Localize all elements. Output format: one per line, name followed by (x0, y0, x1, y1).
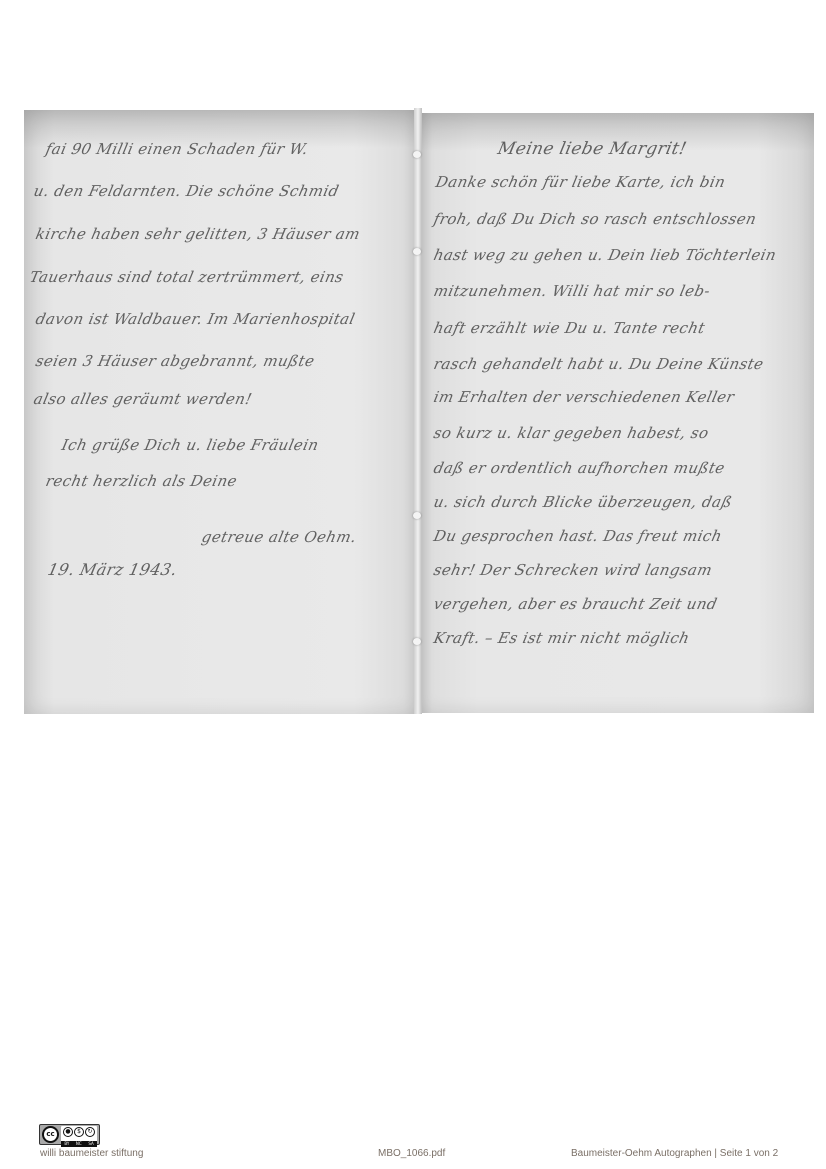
handwriting-line: im Erhalten der verschiedenen Keller (432, 388, 736, 406)
handwriting-line: kirche haben sehr gelitten, 3 Häuser am (34, 225, 362, 243)
handwriting-line: fai 90 Milli einen Schaden für W. (44, 140, 310, 158)
book-spine (414, 108, 422, 714)
handwriting-line: davon ist Waldbauer. Im Marienhospital (34, 310, 357, 328)
handwriting-line: u. den Feldarnten. Die schöne Schmid (32, 182, 341, 200)
handwriting-line: daß er ordentlich aufhorchen mußte (432, 459, 727, 477)
footer-collection-page: Baumeister-Oehm Autographen | Seite 1 vo… (571, 1148, 778, 1159)
footer-filename: MBO_1066.pdf (378, 1148, 445, 1159)
binding-stitch (413, 512, 421, 519)
letter-page-left: fai 90 Milli einen Schaden für W. u. den… (24, 110, 418, 714)
handwriting-line: froh, daß Du Dich so rasch entschlossen (432, 210, 758, 228)
handwriting-line: Du gesprochen hast. Das freut mich (432, 527, 724, 545)
handwriting-line: hast weg zu gehen u. Dein lieb Töchterle… (432, 246, 778, 264)
cc-labels: BY NC SA (61, 1141, 97, 1147)
letter-page-right: Meine liebe Margrit! Danke schön für lie… (418, 113, 814, 713)
handwriting-line: sehr! Der Schrecken wird langsam (432, 561, 714, 579)
letter-date: 19. März 1943. (46, 560, 179, 579)
handwriting-line: haft erzählt wie Du u. Tante recht (432, 319, 707, 337)
cc-conditions: ● $ ↻ BY NC SA (61, 1126, 97, 1143)
signature: getreue alte Oehm. (200, 528, 358, 546)
handwriting-line: rasch gehandelt habt u. Du Deine Künste (432, 355, 765, 373)
letter-greeting: Meine liebe Margrit! (496, 139, 689, 159)
cc-logo-icon: cc (42, 1126, 59, 1143)
handwriting-line: vergehen, aber es braucht Zeit und (432, 595, 719, 613)
binding-stitch (413, 248, 421, 255)
handwriting-line: so kurz u. klar gegeben habest, so (432, 424, 710, 442)
handwriting-line: mitzunehmen. Willi hat mir so leb- (432, 282, 712, 300)
handwriting-line: u. sich durch Blicke überzeugen, daß (432, 493, 734, 511)
attribution-icon: ● (63, 1127, 73, 1137)
handwriting-line: Danke schön für liebe Karte, ich bin (434, 173, 727, 191)
handwriting-line: Kraft. – Es ist mir nicht möglich (432, 629, 691, 647)
sharealike-icon: ↻ (85, 1127, 95, 1137)
creative-commons-by-nc-sa-icon: cc ● $ ↻ BY NC SA (39, 1124, 100, 1145)
binding-stitch (413, 151, 421, 158)
handwriting-line: also alles geräumt werden! (32, 390, 254, 408)
handwriting-line: recht herzlich als Deine (44, 472, 239, 490)
noncommercial-icon: $ (74, 1127, 84, 1137)
handwriting-line: seien 3 Häuser abgebrannt, mußte (34, 352, 316, 370)
letter-scan: fai 90 Milli einen Schaden für W. u. den… (24, 108, 814, 714)
handwriting-line: Tauerhaus sind total zertrümmert, eins (28, 268, 345, 286)
footer-organization: willi baumeister stiftung (40, 1148, 143, 1159)
binding-stitch (413, 638, 421, 645)
handwriting-line: Ich grüße Dich u. liebe Fräulein (60, 436, 320, 454)
